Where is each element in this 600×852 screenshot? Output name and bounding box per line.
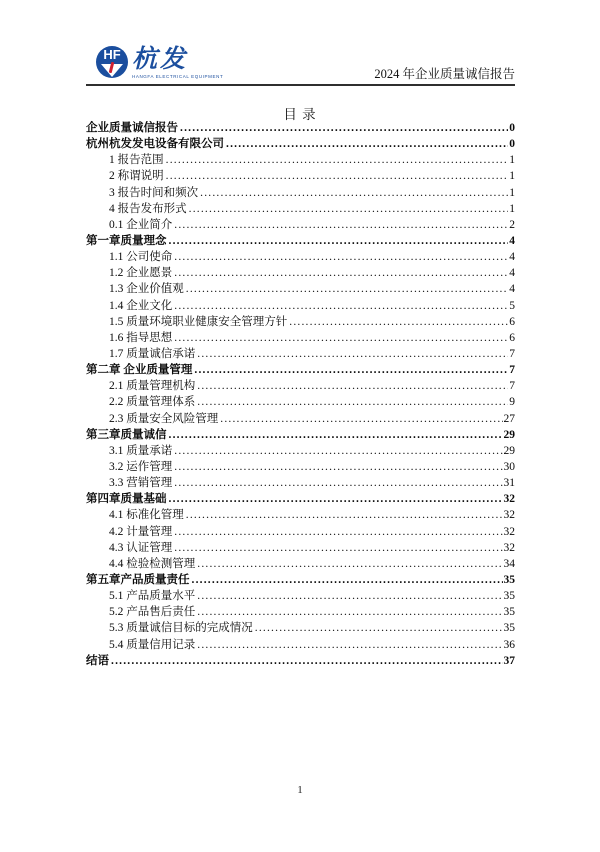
toc-entry-page: 36 <box>504 637 516 653</box>
toc-entry-page: 32 <box>504 507 516 523</box>
toc-entry[interactable]: 杭州杭发发电设备有限公司 0 <box>86 136 515 152</box>
toc-entry[interactable]: 2.2 质量管理体系 9 <box>86 394 515 410</box>
toc-dot-leader <box>197 588 502 604</box>
toc-entry-label: 2 称谓说明 <box>109 168 164 184</box>
toc-dot-leader <box>111 653 503 669</box>
toc-entry[interactable]: 4 报告发布形式 1 <box>86 201 515 217</box>
toc-dot-leader <box>200 185 508 201</box>
toc-entry-label: 5.1 产品质量水平 <box>109 588 195 604</box>
header-rule <box>86 84 515 86</box>
toc-entry-page: 31 <box>504 475 516 491</box>
toc-entry[interactable]: 1 报告范围 1 <box>86 152 515 168</box>
toc-entry-page: 4 <box>509 249 515 265</box>
toc-entry-label: 结语 <box>86 653 109 669</box>
toc-entry-page: 1 <box>509 185 515 201</box>
toc-entry-page: 35 <box>504 604 516 620</box>
toc-entry-label: 杭州杭发发电设备有限公司 <box>86 136 224 152</box>
toc-entry[interactable]: 1.4 企业文化 5 <box>86 298 515 314</box>
toc-entry-label: 1.3 企业价值观 <box>109 281 184 297</box>
toc-entry-label: 1.7 质量诚信承诺 <box>109 346 195 362</box>
toc-dot-leader <box>186 281 509 297</box>
toc-entry-page: 32 <box>504 491 516 507</box>
toc-dot-leader <box>197 394 508 410</box>
toc-dot-leader <box>174 217 508 233</box>
toc-entry-page: 7 <box>509 378 515 394</box>
toc-dot-leader <box>169 427 503 443</box>
toc-entry[interactable]: 2.3 质量安全风险管理 27 <box>86 411 515 427</box>
toc-dot-leader <box>166 152 509 168</box>
toc-entry[interactable]: 2 称谓说明 1 <box>86 168 515 184</box>
toc-dot-leader <box>194 362 508 378</box>
toc-entry-label: 4.4 检验检测管理 <box>109 556 195 572</box>
toc-entry-label: 2.2 质量管理体系 <box>109 394 195 410</box>
toc-entry[interactable]: 4.2 计量管理 32 <box>86 524 515 540</box>
toc-entry-label: 4.1 标准化管理 <box>109 507 184 523</box>
toc-entry[interactable]: 3.2 运作管理 30 <box>86 459 515 475</box>
report-title: 2024 年企业质量诚信报告 <box>374 64 515 82</box>
toc-entry-label: 1.6 指导思想 <box>109 330 172 346</box>
toc-entry-label: 第二章 企业质量管理 <box>86 362 192 378</box>
toc-dot-leader <box>189 201 509 217</box>
toc-dot-leader <box>174 249 508 265</box>
toc-entry-page: 1 <box>509 201 515 217</box>
toc-entry[interactable]: 5.1 产品质量水平 35 <box>86 588 515 604</box>
toc-entry-label: 第三章质量诚信 <box>86 427 167 443</box>
toc-entry-label: 4.3 认证管理 <box>109 540 172 556</box>
toc-entry[interactable]: 3 报告时间和频次 1 <box>86 185 515 201</box>
toc-entry-label: 1.1 公司使命 <box>109 249 172 265</box>
toc-dot-leader <box>197 556 502 572</box>
toc-entry-page: 4 <box>509 281 515 297</box>
toc-entry-label: 1 报告范围 <box>109 152 164 168</box>
toc-entry[interactable]: 1.7 质量诚信承诺 7 <box>86 346 515 362</box>
toc-entry-label: 1.5 质量环境职业健康安全管理方针 <box>109 314 287 330</box>
toc-entry-page: 29 <box>504 427 516 443</box>
toc-entry[interactable]: 5.4 质量信用记录 36 <box>86 637 515 653</box>
toc-entry-label: 2.3 质量安全风险管理 <box>109 411 218 427</box>
toc-dot-leader <box>166 168 509 184</box>
toc-entry-page: 27 <box>504 411 516 427</box>
toc-entry-label: 3 报告时间和频次 <box>109 185 198 201</box>
toc-dot-leader <box>226 136 508 152</box>
toc-entry-label: 3.1 质量承诺 <box>109 443 172 459</box>
company-logo: HF 杭发 HANGFA ELECTRICAL EQUIPMENT <box>96 46 223 79</box>
toc-entry-label: 3.2 运作管理 <box>109 459 172 475</box>
toc-entry[interactable]: 4.3 认证管理 32 <box>86 540 515 556</box>
hf-globe-logo-icon: HF <box>96 46 128 78</box>
toc-dot-leader <box>255 620 503 636</box>
toc-entry[interactable]: 第四章质量基础 32 <box>86 491 515 507</box>
logo-wordmark: 杭发 HANGFA ELECTRICAL EQUIPMENT <box>132 46 223 79</box>
toc-entry[interactable]: 第一章质量理念 4 <box>86 233 515 249</box>
toc-entry-page: 37 <box>504 653 516 669</box>
toc-entry-page: 7 <box>509 362 515 378</box>
toc-entry-page: 6 <box>509 330 515 346</box>
page-number: 1 <box>0 784 600 796</box>
toc-entry[interactable]: 1.6 指导思想 6 <box>86 330 515 346</box>
toc-entry[interactable]: 第五章产品质量责任 35 <box>86 572 515 588</box>
toc-entry-label: 第四章质量基础 <box>86 491 167 507</box>
toc-dot-leader <box>192 572 503 588</box>
toc-entry[interactable]: 第二章 企业质量管理 7 <box>86 362 515 378</box>
toc-entry[interactable]: 4.1 标准化管理 32 <box>86 507 515 523</box>
toc-entry-page: 7 <box>509 346 515 362</box>
toc-entry-page: 5 <box>509 298 515 314</box>
toc-entry[interactable]: 1.2 企业愿景 4 <box>86 265 515 281</box>
toc-entry-page: 35 <box>504 620 516 636</box>
toc-entry-label: 第五章产品质量责任 <box>86 572 190 588</box>
toc-entry-page: 32 <box>504 524 516 540</box>
page-header: HF 杭发 HANGFA ELECTRICAL EQUIPMENT 2024 年… <box>86 44 515 86</box>
toc-entry-label: 3.3 营销管理 <box>109 475 172 491</box>
toc-entry-label: 1.2 企业愿景 <box>109 265 172 281</box>
toc-dot-leader <box>197 637 502 653</box>
toc-dot-leader <box>197 378 508 394</box>
toc-entry-page: 0 <box>509 120 515 136</box>
toc-entry-page: 29 <box>504 443 516 459</box>
toc-entry[interactable]: 第三章质量诚信 29 <box>86 427 515 443</box>
toc-entry-page: 2 <box>509 217 515 233</box>
toc-entry-label: 1.4 企业文化 <box>109 298 172 314</box>
toc-list: 企业质量诚信报告 0 杭州杭发发电设备有限公司 0 1 报告范围 1 2 称谓说… <box>86 120 515 669</box>
toc-entry[interactable]: 企业质量诚信报告 0 <box>86 120 515 136</box>
toc-entry-page: 4 <box>509 233 515 249</box>
toc-entry[interactable]: 1.3 企业价值观 4 <box>86 281 515 297</box>
toc-entry[interactable]: 3.3 营销管理 31 <box>86 475 515 491</box>
toc-entry-label: 4.2 计量管理 <box>109 524 172 540</box>
toc-entry-page: 35 <box>504 588 516 604</box>
toc-entry-label: 5.4 质量信用记录 <box>109 637 195 653</box>
toc-entry[interactable]: 5.2 产品售后责任 35 <box>86 604 515 620</box>
toc-dot-leader <box>220 411 502 427</box>
toc-dot-leader <box>180 120 508 136</box>
toc-entry[interactable]: 1.1 公司使命 4 <box>86 249 515 265</box>
toc-dot-leader <box>169 233 509 249</box>
toc-dot-leader <box>197 346 508 362</box>
toc-entry-label: 2.1 质量管理机构 <box>109 378 195 394</box>
toc-entry-page: 6 <box>509 314 515 330</box>
toc-entry[interactable]: 1.5 质量环境职业健康安全管理方针 6 <box>86 314 515 330</box>
logo-monogram: HF <box>96 48 128 62</box>
toc-dot-leader <box>174 298 508 314</box>
toc-entry[interactable]: 2.1 质量管理机构 7 <box>86 378 515 394</box>
toc-dot-leader <box>289 314 508 330</box>
logo-company-name: 杭发 <box>132 47 223 73</box>
toc-entry-page: 1 <box>509 168 515 184</box>
toc-entry[interactable]: 4.4 检验检测管理 34 <box>86 556 515 572</box>
toc-dot-leader <box>174 524 502 540</box>
toc-entry-page: 0 <box>509 136 515 152</box>
toc-dot-leader <box>174 265 508 281</box>
toc-dot-leader <box>174 330 508 346</box>
toc-entry-page: 30 <box>504 459 516 475</box>
toc-dot-leader <box>197 604 502 620</box>
toc-dot-leader <box>174 540 502 556</box>
toc-entry[interactable]: 3.1 质量承诺 29 <box>86 443 515 459</box>
toc-entry-page: 35 <box>504 572 516 588</box>
toc-entry-label: 4 报告发布形式 <box>109 201 187 217</box>
toc-entry-page: 1 <box>509 152 515 168</box>
toc-dot-leader <box>186 507 503 523</box>
toc-entry-label: 5.2 产品售后责任 <box>109 604 195 620</box>
toc-entry-page: 32 <box>504 540 516 556</box>
toc-entry-page: 34 <box>504 556 516 572</box>
toc-entry[interactable]: 0.1 企业简介 2 <box>86 217 515 233</box>
toc-dot-leader <box>174 443 502 459</box>
toc-entry[interactable]: 结语 37 <box>86 653 515 669</box>
toc-entry-label: 5.3 质量诚信目标的完成情况 <box>109 620 253 636</box>
document-page: HF 杭发 HANGFA ELECTRICAL EQUIPMENT 2024 年… <box>0 0 600 852</box>
toc-dot-leader <box>169 491 503 507</box>
toc-entry-label: 企业质量诚信报告 <box>86 120 178 136</box>
toc-entry-label: 第一章质量理念 <box>86 233 167 249</box>
toc-entry-page: 4 <box>509 265 515 281</box>
toc-entry-label: 0.1 企业简介 <box>109 217 172 233</box>
toc-dot-leader <box>174 475 502 491</box>
toc-entry[interactable]: 5.3 质量诚信目标的完成情况 35 <box>86 620 515 636</box>
logo-tagline: HANGFA ELECTRICAL EQUIPMENT <box>132 74 223 79</box>
toc-dot-leader <box>174 459 502 475</box>
toc-entry-page: 9 <box>509 394 515 410</box>
